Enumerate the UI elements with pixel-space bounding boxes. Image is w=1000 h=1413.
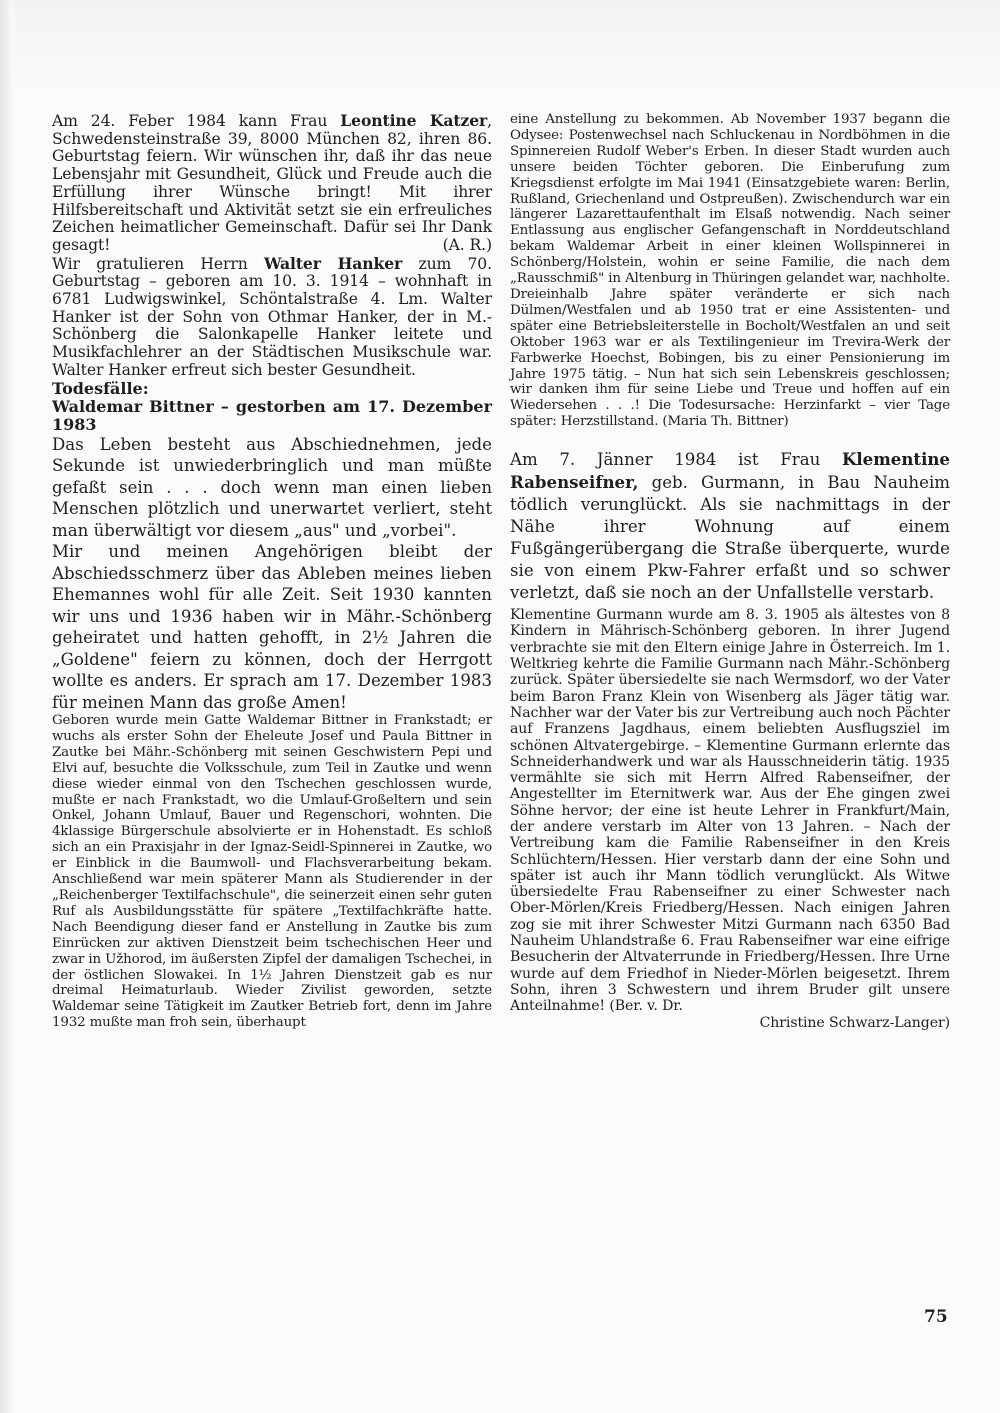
notice-intro: Wir gratulieren Herrn xyxy=(52,255,264,273)
spacer xyxy=(510,430,950,448)
scan-left-edge xyxy=(0,0,14,1413)
author-signature: Christine Schwarz-Langer) xyxy=(510,1015,950,1031)
scan-top-margin xyxy=(0,0,1000,95)
obituary-paragraph: Geboren wurde mein Gatte Waldemar Bittne… xyxy=(52,713,492,1031)
author-initials: (A. R.) xyxy=(443,237,492,255)
obituary-continued: eine Anstellung zu bekommen. Ab November… xyxy=(510,112,950,430)
notice-text: , Schwedensteinstraße 39, 8000 München 8… xyxy=(52,112,492,254)
page-number: 75 xyxy=(924,1307,948,1327)
obituary-heading: Waldemar Bittner – gestorben am 17. Deze… xyxy=(52,398,492,434)
left-column: Am 24. Feber 1984 kann Frau Leontine Kat… xyxy=(52,112,492,1031)
notice-intro: Am 7. Jänner 1984 ist Frau xyxy=(510,450,842,469)
person-name: Leontine Katzer xyxy=(340,111,487,130)
notice-text: geb. Gurmann, in Bau Nauheim tödlich ver… xyxy=(510,473,950,602)
obituary-body-klementine: Klementine Gurmann wurde am 8. 3. 1905 a… xyxy=(510,607,950,1014)
section-heading-deaths: Todesfälle: xyxy=(52,380,492,398)
notice-text: zum 70. Geburtstag – geboren am 10. 3. 1… xyxy=(52,255,492,379)
birthday-notice-leontine: Am 24. Feber 1984 kann Frau Leontine Kat… xyxy=(52,112,492,255)
obituary-paragraph: Mir und meinen Angehörigen bleibt der Ab… xyxy=(52,541,492,713)
notice-intro: Am 24. Feber 1984 kann Frau xyxy=(52,112,340,130)
obituary-lead-klementine: Am 7. Jänner 1984 ist Frau Klementine Ra… xyxy=(510,448,950,604)
person-name: Walter Hanker xyxy=(264,254,402,273)
obituary-paragraph: Das Leben besteht aus Abschiednehmen, je… xyxy=(52,434,492,542)
right-column: eine Anstellung zu bekommen. Ab November… xyxy=(510,112,950,1031)
birthday-notice-walter: Wir gratulieren Herrn Walter Hanker zum … xyxy=(52,255,492,380)
